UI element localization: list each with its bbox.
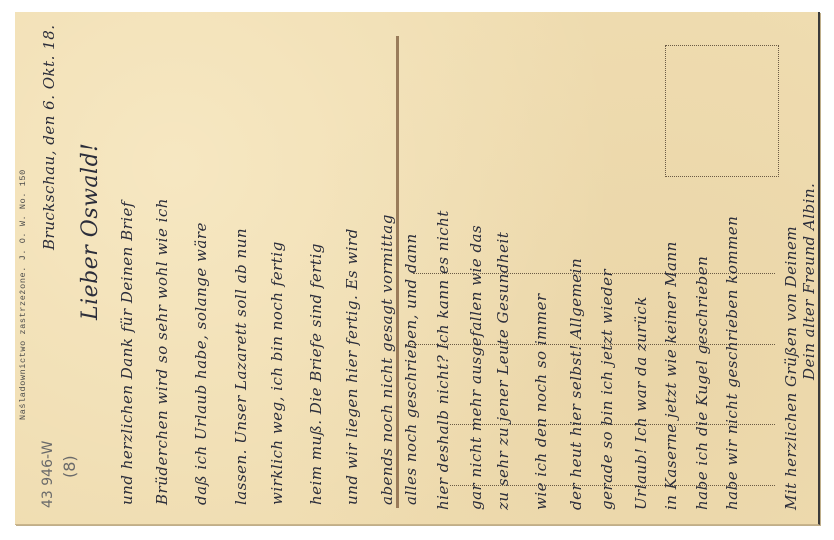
message-line: und wir liegen hier fertig. Es wird (343, 228, 361, 505)
count-note: (8) (60, 455, 79, 478)
date-line: Bruckschau, den 6. Okt. 18. (40, 24, 58, 250)
signature: Dein alter Freund Albin. (800, 183, 818, 380)
message-line: zu sehr zu jener Leute Gesundheit (494, 232, 512, 510)
message-line: alles noch geschrieben, und dann (402, 233, 420, 505)
message-line: Brüderchen wird so sehr wohl wie ich (153, 198, 171, 505)
address-line-2 (405, 344, 775, 345)
message-address-divider (396, 36, 399, 508)
message-line: lassen. Unser Lazarett soll ab nun (232, 228, 250, 505)
message-line: habe ich die Kugel geschrieben (693, 256, 711, 510)
message-line: gar nicht mehr ausgefallen wie das (467, 225, 485, 510)
message-line: abends noch nicht gesagt vormittag (378, 214, 396, 505)
message-line: wie ich den noch so immer (532, 293, 550, 510)
message-line: Urlaub! Ich war da zurück (632, 296, 650, 510)
message-line: hier deshalb nicht? Ich kann es nicht (434, 210, 452, 510)
printed-imprint: Naśladownictwo zastrzeżone. J. O. W. No.… (18, 169, 28, 420)
stamp-box (665, 45, 779, 177)
message-line: Mit herzlichen Grüßen von Deinem (782, 226, 800, 510)
greeting: Lieber Oswald! (78, 142, 103, 320)
message-line: wirklich weg, ich bin noch fertig (268, 241, 286, 505)
message-line: heim muß. Die Briefe sind fertig (307, 243, 325, 505)
message-line: gerade so bin ich jetzt wieder (598, 269, 616, 510)
message-line: und herzlichen Dank für Deinen Brief (118, 201, 136, 505)
archive-number-note: 43 946-W (40, 441, 56, 508)
message-line: der heut hier selbst! Allgemein (567, 258, 585, 510)
message-line: habe wir nicht geschrieben kommen (723, 216, 741, 510)
message-line: daß ich Urlaub habe, solange wäre (192, 222, 210, 505)
message-line: in Kaserne jetzt wie keiner Mann (662, 241, 680, 510)
